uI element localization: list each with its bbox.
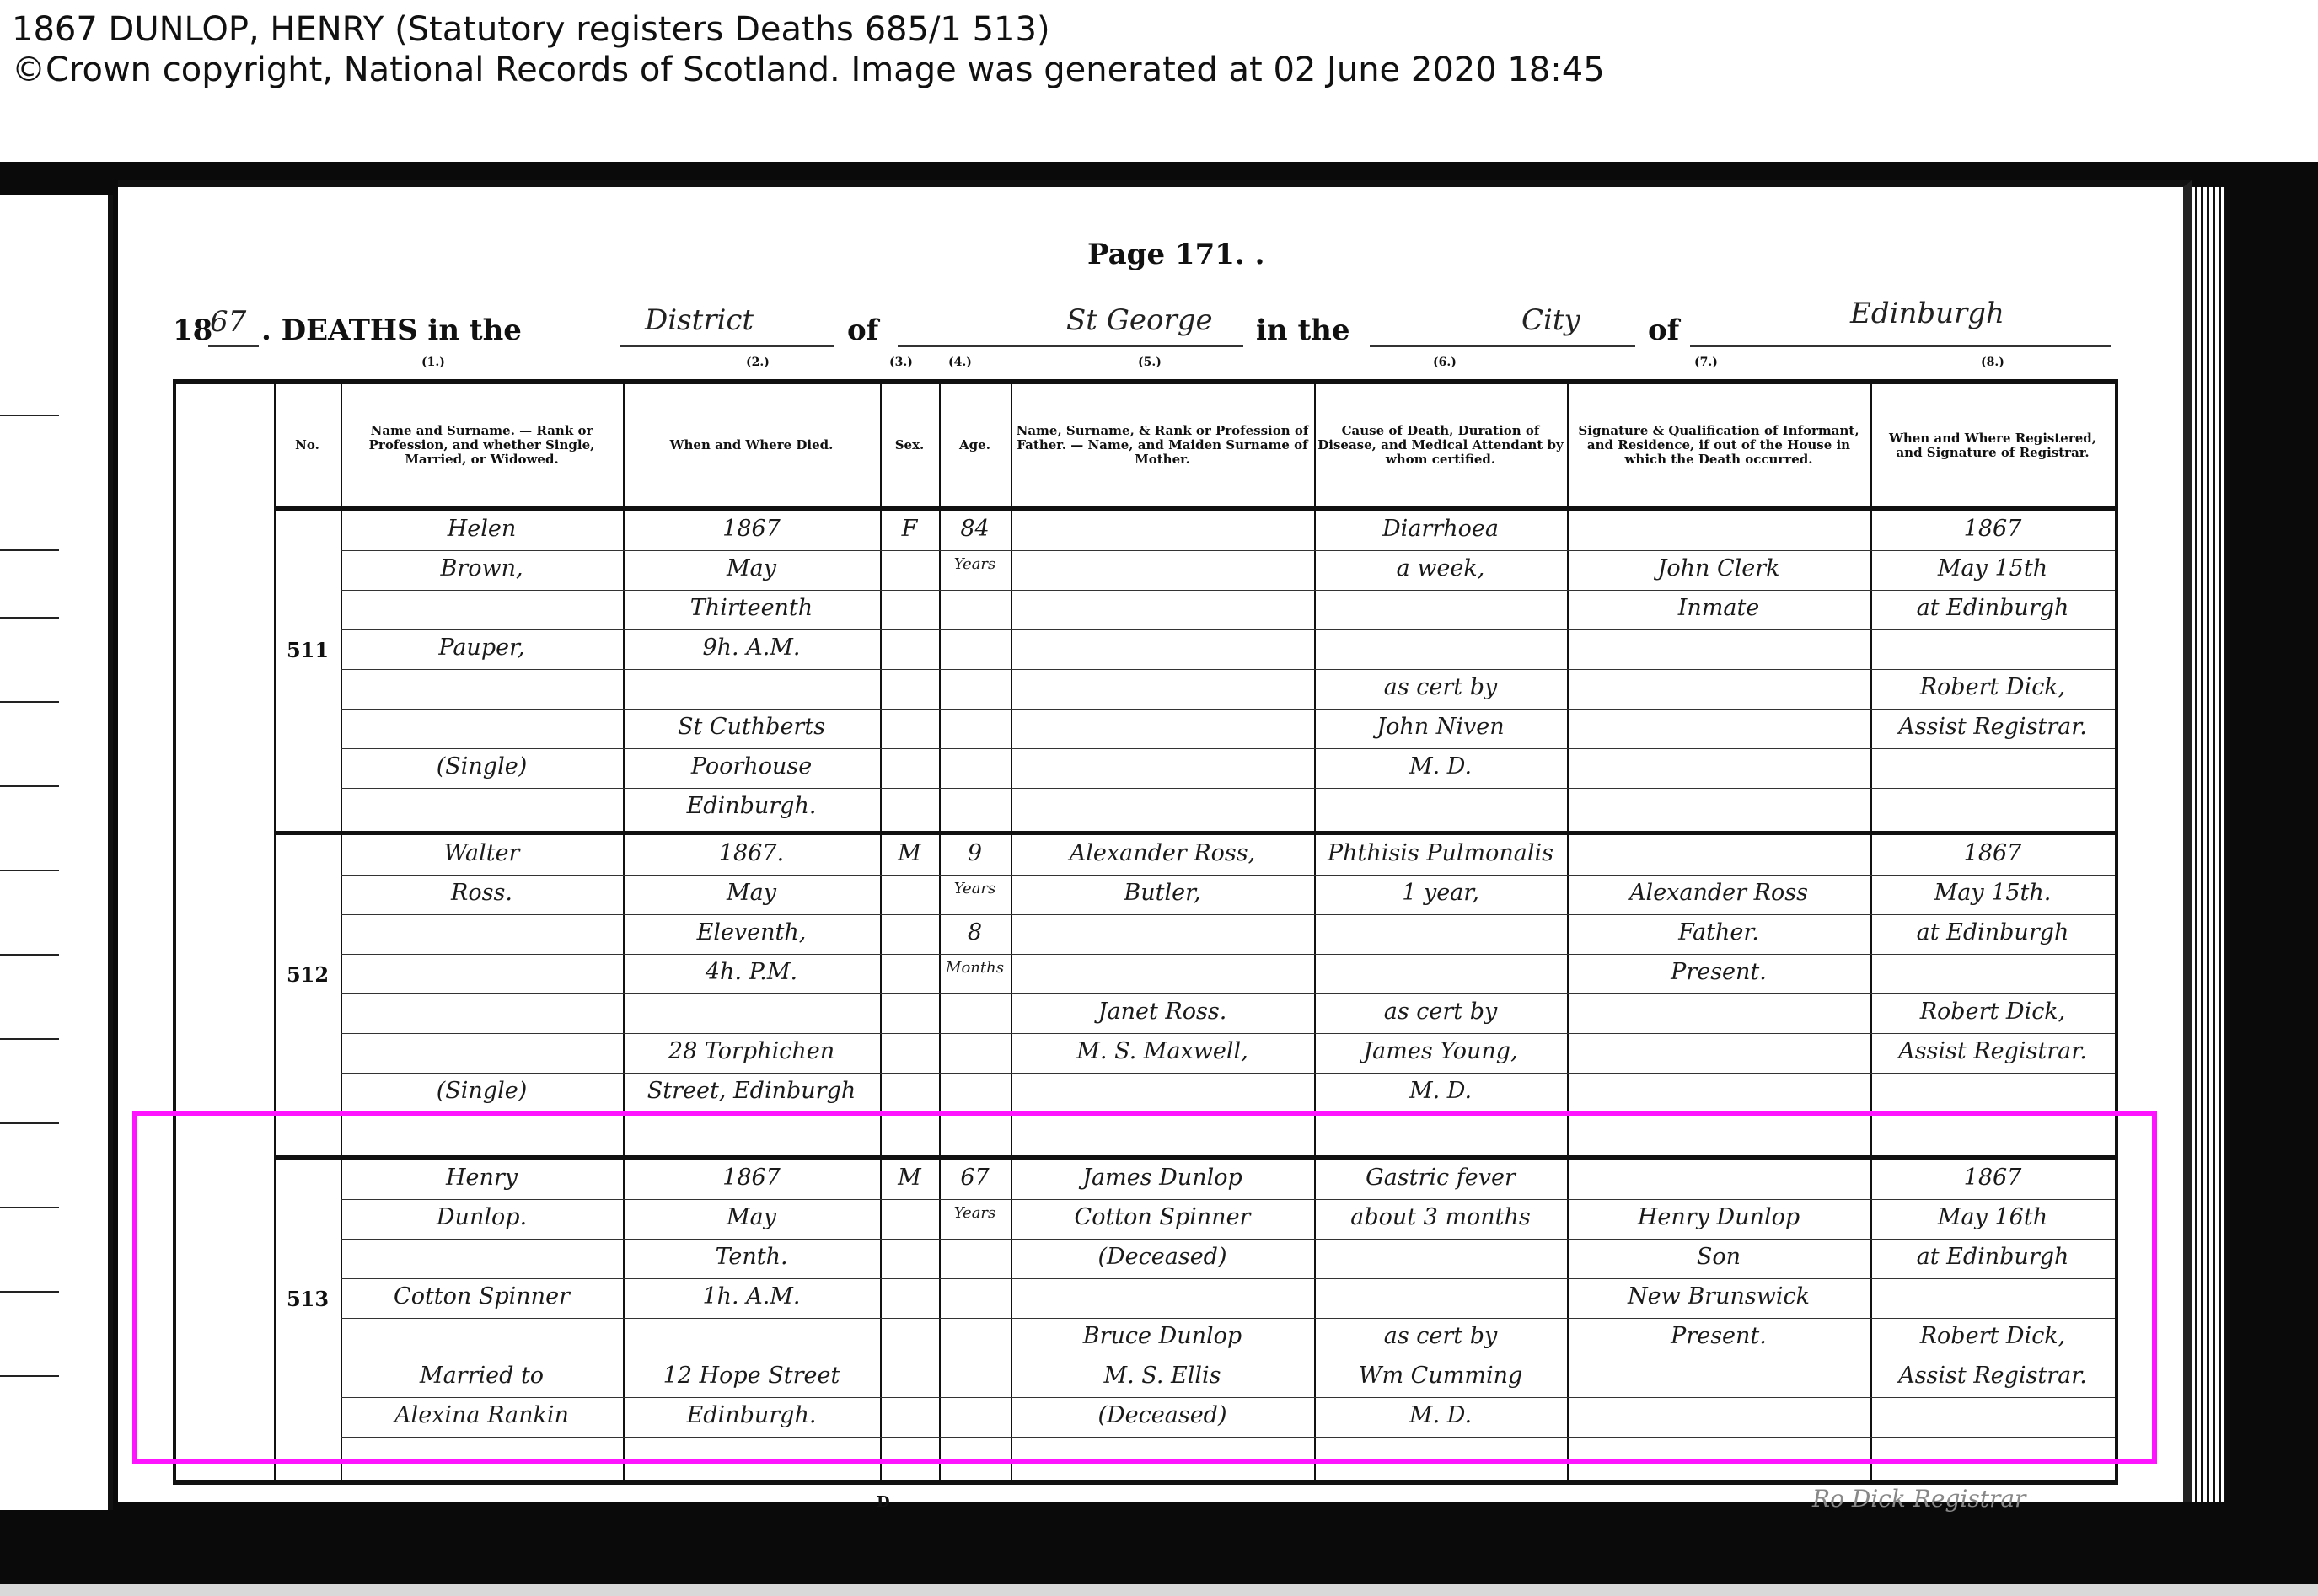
header-when-where-died: When and Where Died. [623,384,880,506]
year-prefix: 18 [173,313,212,347]
entry-died-line: Poorhouse [623,753,880,779]
header-cause-of-death: Cause of Death, Duration of Disease, and… [1314,384,1567,506]
entry-age-line: 84 [939,516,1011,542]
entry-age-line: Years [939,555,1011,573]
header-parents: Name, Surname, & Rank or Profession of F… [1011,384,1314,506]
entry-age-line: Years [939,880,1011,897]
copyright-notice: ©Crown copyright, National Records of Sc… [12,51,1605,89]
entry-name-line: Helen [341,516,623,542]
column-number: (8.) [1981,356,2004,369]
column-number: (2.) [746,356,770,369]
scan-bottom-strip [0,1584,2318,1596]
entry-registered-line: May 15th [1870,555,2115,581]
column-number: (5.) [1138,356,1162,369]
entry-died-line: Street, Edinburgh [623,1078,880,1104]
entry-informant-line: Inmate [1567,595,1870,621]
entry-parents-line: Butler, [1011,880,1314,906]
entry-died-line: 1867 [623,516,880,542]
column-number: (1.) [421,356,445,369]
header-registered: When and Where Registered, and Signature… [1870,384,2115,506]
entry-died-line: Thirteenth [623,595,880,621]
column-number: (6.) [1433,356,1457,369]
header-informant: Signature & Qualification of Informant, … [1567,384,1870,506]
city-value: City [1521,303,1580,337]
entry-informant-line: John Clerk [1567,555,1870,581]
record-title: 1867 DUNLOP, HENRY (Statutory registers … [12,10,1050,49]
entry-name-line: Brown, [341,555,623,581]
footer-mark: D [877,1493,890,1511]
entry-registered-line: Assist Registrar. [1870,1038,2115,1064]
entry-cause-line: M. D. [1314,1078,1567,1104]
entry-parents-line: Janet Ross. [1011,999,1314,1025]
highlighted-entry-513 [132,1111,2157,1464]
header-age: Age. [939,384,1011,506]
district-name: St George [1066,303,1213,337]
entry-died-line: May [623,880,880,906]
entry-name-line: Ross. [341,880,623,906]
column-number: (3.) [889,356,913,369]
entry-died-line: 4h. P.M. [623,959,880,985]
entry-informant-line: Present. [1567,959,1870,985]
district-value: District [645,303,754,337]
entry-cause-line: Phthisis Pulmonalis [1314,840,1567,866]
entry-registered-line: Robert Dick, [1870,674,2115,700]
entry-name-line: (Single) [341,753,623,779]
entry-age-line: 8 [939,919,1011,945]
entry-cause-line: 1 year, [1314,880,1567,906]
entry-sex: F [880,516,939,542]
book-edge [2192,187,2225,1502]
column-number: (4.) [948,356,972,369]
entry-cause-line: M. D. [1314,753,1567,779]
entry-age-line: Months [939,959,1011,977]
entry-age-line: 9 [939,840,1011,866]
column-number: (7.) [1694,356,1718,369]
page-number: Page 171. . [1087,238,1264,271]
previous-page-margin [0,195,113,1510]
entry-parents-line: M. S. Maxwell, [1011,1038,1314,1064]
entry-registered-line: at Edinburgh [1870,919,2115,945]
entry-died-line: May [623,555,880,581]
entry-died-line: 1867. [623,840,880,866]
deaths-label: . DEATHS in the [261,313,522,347]
entry-died-line: 28 Torphichen [623,1038,880,1064]
of-label-1: of [847,313,878,347]
in-the-label: in the [1256,313,1350,347]
entry-registered-line: Assist Registrar. [1870,714,2115,740]
entry-informant-line: Alexander Ross [1567,880,1870,906]
entry-died-line: Eleventh, [623,919,880,945]
entry-cause-line: Diarrhoea [1314,516,1567,542]
entry-cause-line: James Young, [1314,1038,1567,1064]
entry-number: 511 [274,638,341,662]
entry-cause-line: a week, [1314,555,1567,581]
city-name: Edinburgh [1850,297,2004,330]
entry-name-line: Walter [341,840,623,866]
entry-died-line: 9h. A.M. [623,635,880,661]
entry-cause-line: as cert by [1314,999,1567,1025]
entry-died-line: Edinburgh. [623,793,880,819]
entry-registered-line: Robert Dick, [1870,999,2115,1025]
header-no: No. [274,384,341,506]
entry-parents-line: Alexander Ross, [1011,840,1314,866]
entry-cause-line: as cert by [1314,674,1567,700]
header-name: Name and Surname. — Rank or Profession, … [341,384,623,506]
footer-signature: Ro Dick Registrar [1812,1485,2026,1513]
entry-registered-line: 1867 [1870,840,2115,866]
header-sex: Sex. [880,384,939,506]
register-title-line: 18 67 . DEATHS in the District of St Geo… [173,297,2145,356]
entry-informant-line: Father. [1567,919,1870,945]
entry-sex: M [880,840,939,866]
entry-registered-line: 1867 [1870,516,2115,542]
year-suffix: 67 [210,305,246,339]
entry-cause-line: John Niven [1314,714,1567,740]
entry-number: 512 [274,962,341,987]
entry-registered-line: at Edinburgh [1870,595,2115,621]
entry-registered-line: May 15th. [1870,880,2115,906]
entry-died-line: St Cuthberts [623,714,880,740]
entry-name-line: Pauper, [341,635,623,661]
of-label-2: of [1648,313,1679,347]
entry-name-line: (Single) [341,1078,623,1104]
